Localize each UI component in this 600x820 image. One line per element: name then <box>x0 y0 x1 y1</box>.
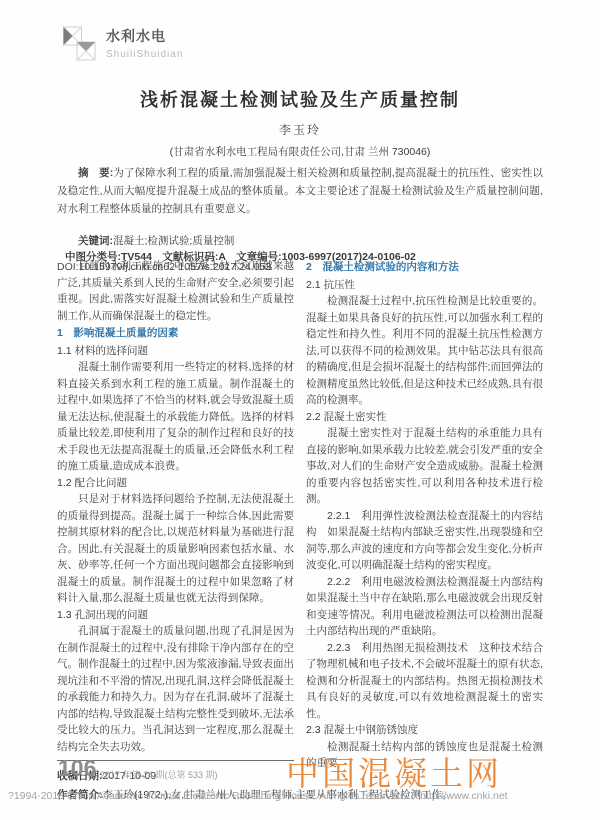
page-number: 106 <box>58 755 96 782</box>
journal-name-block: 水利水电 ShuiliShuidian <box>106 26 183 60</box>
section-1-1-heading: 1.1 材料的选择问题 <box>57 343 294 360</box>
section-2-2-heading: 2.2 混凝土密实性 <box>306 409 543 426</box>
journal-page: 水利水电 ShuiliShuidian 浅析混凝土检测试验及生产质量控制 李玉玲… <box>0 0 600 820</box>
section-2-1-paragraph: 检测混凝土过程中,抗压性检测是比较重要的。混凝土如果具备良好的抗压性,可以加强水… <box>306 293 543 409</box>
journal-name: 水利水电 <box>106 26 183 46</box>
copyright-text: ?1994-2018 China Academic Journal Electr… <box>8 790 406 802</box>
article-affiliation: (甘肃省水利水电工程局有限责任公司,甘肃 兰州 730046) <box>0 144 600 159</box>
section-1-1-paragraph: 混凝土制作需要利用一些特定的材料,选择的材料直接关系到水利工程的施工质量。制作混… <box>57 359 294 475</box>
copyright-line: ?1994-2018 China Academic Journal Electr… <box>8 790 508 802</box>
abstract-text: 为了保障水利工程的质量,需加强混凝土相关检测和质量控制,提高混凝土的抗压性、密实… <box>57 167 543 215</box>
keywords-text: 混凝土;检测试验;质量控制 <box>113 235 234 247</box>
article-author: 李玉玲 <box>0 121 600 138</box>
issue-info: 2017 年第 24 期(总第 533 期) <box>100 768 218 781</box>
keywords-line: 关键词:混凝土;检测试验;质量控制 <box>57 233 543 248</box>
section-2-heading: 2 混凝土检测试验的内容和方法 <box>306 259 543 276</box>
left-column: 目前的水利工程施工中,混凝土技术应用越来越广泛,其质量关系到人民的生命财产安全,… <box>57 258 294 805</box>
intro-paragraph: 目前的水利工程施工中,混凝土技术应用越来越广泛,其质量关系到人民的生命财产安全,… <box>57 258 294 324</box>
abstract-paragraph: 摘 要:为了保障水利工程的质量,需加强混凝土相关检测和质量控制,提高混凝土的抗压… <box>57 164 543 218</box>
journal-masthead: 水利水电 ShuiliShuidian <box>62 22 183 66</box>
section-1-heading: 1 影响混凝土质量的因素 <box>57 325 294 342</box>
section-2-2-paragraph: 混凝土密实性对于混凝土结构的承重能力具有直接的影响,如果承载力比较差,就会引发严… <box>306 425 543 508</box>
section-1-3-heading: 1.3 孔洞出现的问题 <box>57 607 294 624</box>
section-2-2-3-paragraph: 2.2.3 利用热图无损检测技术 这种技术结合了物理机械和电子技术,不会破坏混凝… <box>306 640 543 723</box>
section-1-2-paragraph: 只是对于材料选择问题给予控制,无法使混凝土的质量得到提高。混凝土属于一种综合体,… <box>57 491 294 607</box>
keywords-label: 关键词: <box>78 235 113 247</box>
section-2-2-2-paragraph: 2.2.2 利用电磁波检测法检测混凝土内部结构 如果混凝土当中存在缺陷,那么电磁… <box>306 574 543 640</box>
section-1-2-heading: 1.2 配合比问题 <box>57 475 294 492</box>
article-title: 浅析混凝土检测试验及生产质量控制 <box>0 86 600 112</box>
article-body: 目前的水利工程施工中,混凝土技术应用越来越广泛,其质量关系到人民的生命财产安全,… <box>57 258 543 805</box>
cnki-url-link[interactable]: http://www.cnki.net <box>420 790 508 802</box>
right-column: 2 混凝土检测试验的内容和方法 2.1 抗压性 检测混凝土过程中,抗压性检测是比… <box>306 258 543 805</box>
section-2-3-heading: 2.3 混凝土中钢筋锈蚀度 <box>306 722 543 739</box>
section-2-2-1-paragraph: 2.2.1 利用弹性波检测法检查混凝土的内容结构 如果混凝土结构内部缺乏密实性,… <box>306 508 543 574</box>
journal-name-pinyin: ShuiliShuidian <box>106 49 183 60</box>
site-watermark: 中国混凝土网 <box>286 748 502 795</box>
section-2-1-heading: 2.1 抗压性 <box>306 277 543 294</box>
abstract-block: 摘 要:为了保障水利工程的质量,需加强混凝土相关检测和质量控制,提高混凝土的抗压… <box>57 164 543 218</box>
journal-logo-icon <box>62 22 102 66</box>
section-1-3-paragraph: 孔洞属于混凝土的质量问题,出现了孔洞是因为在制作混凝土的过程中,没有排除干净内部… <box>57 623 294 755</box>
abstract-label: 摘 要: <box>78 167 113 179</box>
